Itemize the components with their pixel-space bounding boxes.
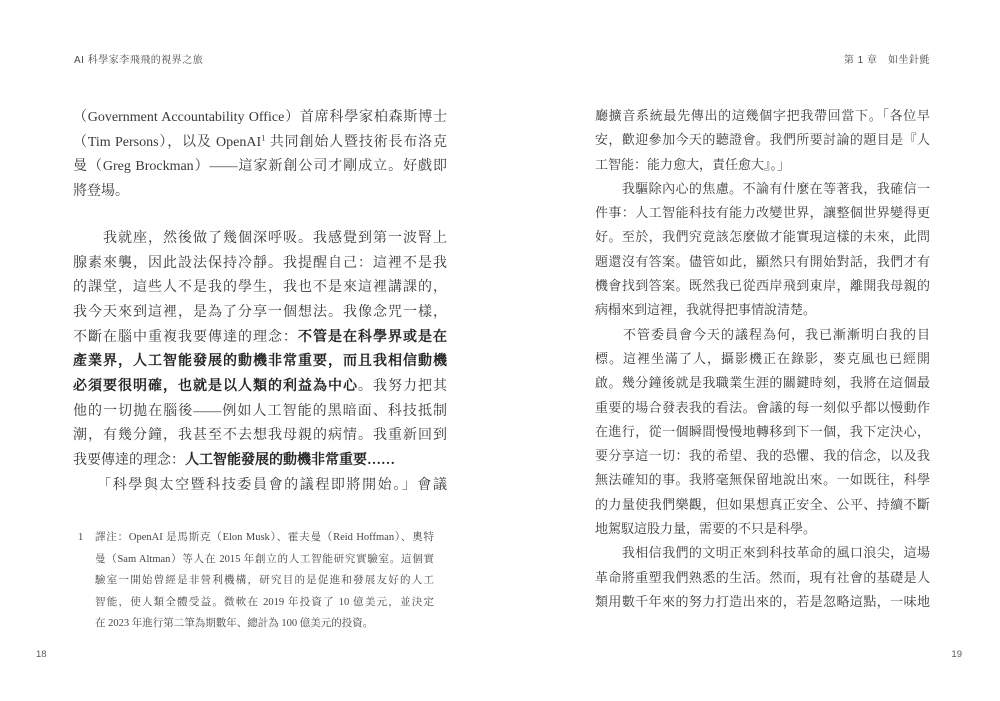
- text-segment: 革命將重塑我們熟悉的生活。然而，現有社會的基礎是人: [595, 570, 930, 585]
- text-line: 類用數千年來的努力打造出來的，若是忽略這點，一味地: [595, 590, 930, 614]
- text-line: 必須要很明確，也就是以人類的利益為中心。我努力把其: [73, 375, 447, 400]
- text-line: 要分享這一切：我的希望、我的恐懼、我的信念，以及我: [595, 444, 930, 468]
- text-line: 我要傳達的理念：人工智能發展的動機非常重要……: [73, 449, 447, 474]
- text-segment: 件事：人工智能科技有能力改變世界，讓整個世界變得更: [595, 205, 930, 220]
- text-segment: 安，歡迎參加今天的聽證會。我們所要討論的題目是『人: [595, 132, 930, 147]
- text-line: 曼（Sam Altman）等人在 2015 年創立的人工智能研究實驗室。這個實: [95, 549, 434, 571]
- paragraph: 譯注：OpenAI 是馬斯克（Elon Musk）、霍夫曼（Reid Hoffm…: [95, 527, 434, 635]
- text-line: 潮，有幾分鐘，我甚至不去想我母親的病情。我重新回到: [73, 424, 447, 449]
- paragraph: 我驅除內心的焦慮。不論有什麼在等著我，我確信一件事：人工智能科技有能力改變世界，…: [595, 177, 930, 323]
- text-line: 革命將重塑我們熟悉的生活。然而，現有社會的基礎是人: [595, 566, 930, 590]
- footnote-number: 1: [78, 527, 83, 549]
- text-line: 將登場。: [73, 180, 447, 205]
- paragraph: 不管委員會今天的議程為何，我已漸漸明白我的目標。這裡坐滿了人，攝影機正在錄影，麥…: [595, 323, 930, 542]
- text-line: 病榻來到這裡，我就得把事情說清楚。: [595, 298, 930, 322]
- text-segment: 無法確知的事。我將毫無保留地說出來。一如既往，科學: [595, 472, 930, 487]
- bold-text-segment: 人工智能發展的動機非常重要……: [185, 453, 395, 468]
- text-line: 腺素來襲，因此設法保持冷靜。我提醒自己：這裡不是我: [73, 252, 447, 277]
- text-segment: 不斷在腦中重複我要傳達的理念：: [73, 330, 298, 345]
- text-line: 不斷在腦中重複我要傳達的理念：不管是在科學界或是在: [73, 326, 447, 351]
- text-segment: 好。至於，我們究竟該怎麼做才能實現這樣的未來，此問: [595, 229, 930, 244]
- text-line: 譯注：OpenAI 是馬斯克（Elon Musk）、霍夫曼（Reid Hoffm…: [95, 527, 434, 549]
- text-segment: 啟。幾分鐘後就是我職業生涯的關鍵時刻，我將在這個最: [595, 375, 930, 390]
- text-line: 安，歡迎參加今天的聽證會。我們所要討論的題目是『人: [595, 128, 930, 152]
- text-segment: 將登場。: [73, 184, 129, 199]
- text-line: 曼（Greg Brockman）——這家新創公司才剛成立。好戲即: [73, 155, 447, 180]
- text-line: 我驅除內心的焦慮。不論有什麼在等著我，我確信一: [595, 177, 930, 201]
- text-line: 件事：人工智能科技有能力改變世界，讓整個世界變得更: [595, 201, 930, 225]
- text-segment: 我要傳達的理念：: [73, 453, 185, 468]
- text-line: 題還沒有答案。儘管如此，顯然只有開始對話，我們才有: [595, 250, 930, 274]
- text-segment: 類用數千年來的努力打造出來的，若是忽略這點，一味地: [595, 594, 930, 609]
- text-segment: 共同創始人暨技術長布洛克: [266, 135, 448, 150]
- bold-text-segment: 不管是在科學界或是在: [298, 330, 447, 345]
- text-line: 好。至於，我們究竟該怎麼做才能實現這樣的未來，此問: [595, 225, 930, 249]
- page-number-left: 18: [36, 649, 47, 660]
- text-line: 產業界，人工智能發展的動機非常重要，而且我相信動機: [73, 350, 447, 375]
- text-segment: 不管委員會今天的議程為何，我已漸漸明白我的目: [595, 327, 930, 342]
- text-segment: 機會找到答案。既然我已從西岸飛到東岸，離開我母親的: [595, 278, 930, 293]
- translator-footnote: 1 譯注：OpenAI 是馬斯克（Elon Musk）、霍夫曼（Reid Hof…: [78, 527, 434, 635]
- text-line: 廳擴音系統最先傳出的這幾個字把我帶回當下。「各位早: [595, 104, 930, 128]
- text-line: 在 2023 年進行第二筆為期數年、總計為 100 億美元的投資。: [95, 613, 434, 635]
- text-segment: 在進行，從一個瞬間慢慢地轉移到下一個，我下定決心，: [595, 424, 930, 439]
- text-segment: （Government Accountability Office）首席科學家柏…: [73, 110, 447, 125]
- text-segment: 他的一切拋在腦後——例如人工智能的黑暗面、科技抵制: [73, 404, 447, 419]
- bold-text-segment: 必須要很明確，也就是以人類的利益為中心: [73, 379, 358, 394]
- text-line: 在進行，從一個瞬間慢慢地轉移到下一個，我下定決心，: [595, 420, 930, 444]
- text-line: 重要的場合發表我的看法。會議的每一刻似乎都以慢動作: [595, 396, 930, 420]
- text-segment: 潮，有幾分鐘，我甚至不去想我母親的病情。我重新回到: [73, 428, 447, 443]
- text-segment: 重要的場合發表我的看法。會議的每一刻似乎都以慢動作: [595, 400, 930, 415]
- text-segment: 智能，使人類全體受益。微軟在 2019 年投資了 10 億美元，並決定: [95, 597, 434, 608]
- text-segment: 曼（Sam Altman）等人在 2015 年創立的人工智能研究實驗室。這個實: [95, 554, 434, 565]
- text-line: 的課堂，這些人不是我的學生，我也不是來這裡講課的，: [73, 276, 447, 301]
- text-segment: 我驅除內心的焦慮。不論有什麼在等著我，我確信一: [595, 181, 930, 196]
- text-segment: 廳擴音系統最先傳出的這幾個字把我帶回當下。「各位早: [595, 108, 930, 123]
- paragraph: （Government Accountability Office）首席科學家柏…: [73, 106, 447, 205]
- right-page-body: 廳擴音系統最先傳出的這幾個字把我帶回當下。「各位早安，歡迎參加今天的聽證會。我們…: [595, 104, 930, 614]
- text-segment: 曼（Greg Brockman）——這家新創公司才剛成立。好戲即: [73, 159, 447, 174]
- text-segment: 驗室一開始曾經是非營利機構，研究目的是促進和發展友好的人工: [95, 575, 434, 586]
- text-segment: 的課堂，這些人不是我的學生，我也不是來這裡講課的，: [73, 280, 447, 295]
- text-segment: 腺素來襲，因此設法保持冷靜。我提醒自己：這裡不是我: [73, 256, 447, 271]
- left-page-body: （Government Accountability Office）首席科學家柏…: [73, 106, 447, 499]
- text-line: 的力量使我們樂觀，但如果想真正安全、公平、持續不斷: [595, 493, 930, 517]
- text-segment: 我相信我們的文明正來到科技革命的風口浪尖，這場: [595, 545, 930, 560]
- page-number-right: 19: [936, 649, 962, 660]
- text-line: 不管委員會今天的議程為何，我已漸漸明白我的目: [595, 323, 930, 347]
- text-line: 我相信我們的文明正來到科技革命的風口浪尖，這場: [595, 541, 930, 565]
- text-segment: 工智能：能力愈大，責任愈大』。」: [595, 157, 790, 172]
- text-segment: 「科學與太空暨科技委員會的議程即將開始。」會議: [73, 478, 447, 493]
- text-line: 啟。幾分鐘後就是我職業生涯的關鍵時刻，我將在這個最: [595, 371, 930, 395]
- text-segment: 病榻來到這裡，我就得把事情說清楚。: [595, 302, 816, 317]
- footnote-text: 譯注：OpenAI 是馬斯克（Elon Musk）、霍夫曼（Reid Hoffm…: [95, 527, 434, 635]
- text-line: 「科學與太空暨科技委員會的議程即將開始。」會議: [73, 474, 447, 499]
- text-segment: 地駕馭這股力量，需要的不只是科學。: [595, 521, 816, 536]
- text-segment: 的力量使我們樂觀，但如果想真正安全、公平、持續不斷: [595, 497, 930, 512]
- text-line: 智能，使人類全體受益。微軟在 2019 年投資了 10 億美元，並決定: [95, 592, 434, 614]
- text-segment: 譯注：OpenAI 是馬斯克（Elon Musk）、霍夫曼（Reid Hoffm…: [95, 532, 434, 543]
- text-line: 工智能：能力愈大，責任愈大』。」: [595, 153, 930, 177]
- text-line: 他的一切拋在腦後——例如人工智能的黑暗面、科技抵制: [73, 400, 447, 425]
- bold-text-segment: 產業界，人工智能發展的動機非常重要，而且我相信動機: [73, 354, 447, 369]
- running-head-left: AI 科學家李飛飛的視界之旅: [74, 51, 203, 66]
- text-segment: 標。這裡坐滿了人，攝影機正在錄影，麥克風也已經開: [595, 351, 930, 366]
- text-line: （Government Accountability Office）首席科學家柏…: [73, 106, 447, 131]
- text-segment: （Tim Persons），以及 OpenAI: [73, 135, 261, 150]
- text-segment: 我今天來到這裡，是為了分享一個想法。我像念咒一樣，: [73, 305, 447, 320]
- text-line: 機會找到答案。既然我已從西岸飛到東岸，離開我母親的: [595, 274, 930, 298]
- text-line: 驗室一開始曾經是非營利機構，研究目的是促進和發展友好的人工: [95, 570, 434, 592]
- text-line: 地駕馭這股力量，需要的不只是科學。: [595, 517, 930, 541]
- paragraph: 我相信我們的文明正來到科技革命的風口浪尖，這場革命將重塑我們熟悉的生活。然而，現…: [595, 541, 930, 614]
- text-line: 我就座，然後做了幾個深呼吸。我感覺到第一波腎上: [73, 227, 447, 252]
- text-line: 無法確知的事。我將毫無保留地說出來。一如既往，科學: [595, 468, 930, 492]
- text-segment: 題還沒有答案。儘管如此，顯然只有開始對話，我們才有: [595, 254, 930, 269]
- text-line: （Tim Persons），以及 OpenAI1 共同創始人暨技術長布洛克: [73, 131, 447, 156]
- text-segment: 在 2023 年進行第二筆為期數年、總計為 100 億美元的投資。: [95, 618, 373, 629]
- paragraph: 我就座，然後做了幾個深呼吸。我感覺到第一波腎上腺素來襲，因此設法保持冷靜。我提醒…: [73, 227, 447, 474]
- text-segment: 。我努力把其: [358, 379, 447, 394]
- text-line: 我今天來到這裡，是為了分享一個想法。我像念咒一樣，: [73, 301, 447, 326]
- text-segment: 要分享這一切：我的希望、我的恐懼、我的信念，以及我: [595, 448, 930, 463]
- text-segment: 我就座，然後做了幾個深呼吸。我感覺到第一波腎上: [73, 231, 447, 246]
- text-line: 標。這裡坐滿了人，攝影機正在錄影，麥克風也已經開: [595, 347, 930, 371]
- running-head-right: 第 1 章 如坐針氈: [595, 51, 930, 66]
- paragraph: 廳擴音系統最先傳出的這幾個字把我帶回當下。「各位早安，歡迎參加今天的聽證會。我們…: [595, 104, 930, 177]
- paragraph: 「科學與太空暨科技委員會的議程即將開始。」會議: [73, 474, 447, 499]
